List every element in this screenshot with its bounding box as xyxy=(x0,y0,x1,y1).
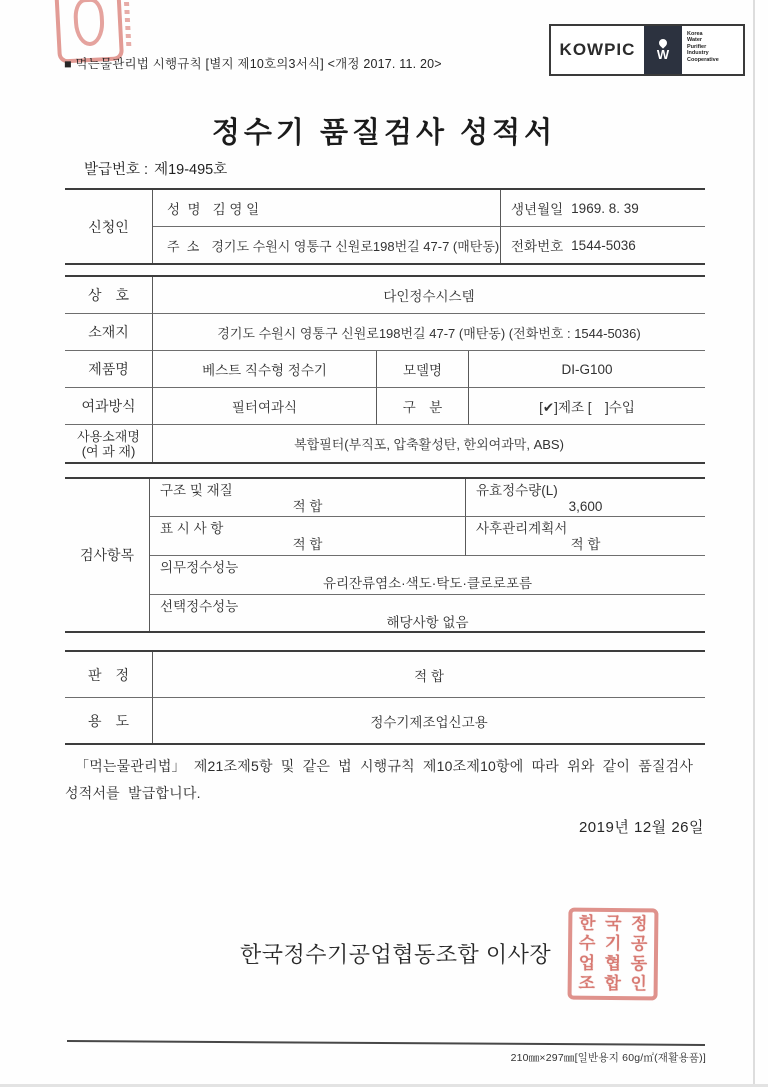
optional-performance-cell: 선택정수성능 해당사항 없음 xyxy=(150,595,705,631)
red-stamp-side-marks xyxy=(123,0,131,48)
product-table: 상 호 다인정수시스템 소재지 경기도 수원시 영통구 신원로198번길 47-… xyxy=(65,275,705,464)
seal-char: 인 xyxy=(630,975,647,993)
seal-char: 동 xyxy=(631,955,648,973)
inspection-label: 검사항목 xyxy=(80,545,134,565)
product-name-label-cell: 제품명 xyxy=(65,351,153,388)
marking-title: 표 시 사 항 xyxy=(160,520,455,537)
filtration-value-cell: 필터여과식 xyxy=(153,388,376,425)
structure-title: 구조 및 재질 xyxy=(160,482,455,499)
applicant-phone-cell: 전화번호 1544-5036 xyxy=(500,227,705,263)
product-name-label: 제품명 xyxy=(88,359,129,379)
filtration-label-cell: 여과방식 xyxy=(65,388,153,425)
optional-value: 해당사항 없음 xyxy=(160,615,695,631)
name-value: 김 영 일 xyxy=(213,198,260,218)
mandatory-value: 유리잔류염소·색도·탁도·클로로포름 xyxy=(160,576,695,592)
location-value-cell: 경기도 수원시 영통구 신원로198번길 47-7 (매탄동) (전화번호 : … xyxy=(153,314,705,351)
model-value-cell: DI-G100 xyxy=(468,351,705,388)
address-value: 경기도 수원시 영통구 신원로198번길 47-7 (매탄동) xyxy=(211,236,499,255)
org-line: Cooperative xyxy=(687,57,743,63)
document-title: 정수기 품질검사 성적서 xyxy=(64,110,704,151)
phone-value: 1544-5036 xyxy=(571,238,636,253)
birth-value: 1969. 8. 39 xyxy=(571,201,639,216)
applicant-label-cell: 신청인 xyxy=(65,190,153,263)
corporate-seal-stamp: 한 국 정 수 기 공 업 협 동 조 합 인 xyxy=(568,908,659,1001)
seal-char: 공 xyxy=(631,935,648,953)
structure-cell: 구조 및 재질 적 합 xyxy=(150,479,465,517)
kowpic-mark-icon: W xyxy=(644,26,682,74)
seal-char: 조 xyxy=(578,975,595,993)
judgment-label: 판 정 xyxy=(88,665,129,685)
form-reference: ■ 먹는물관리법 시행규칙 [별지 제10호의3서식] <개정 2017. 11… xyxy=(64,54,442,72)
seal-char: 국 xyxy=(605,915,622,933)
kowpic-logo: KOWPIC W Korea Water Purifier Industry C… xyxy=(549,24,745,76)
product-name-value-cell: 베스트 직수형 정수기 xyxy=(153,351,376,388)
red-stamp-inner-mark xyxy=(73,0,105,47)
phone-label: 전화번호 xyxy=(511,235,563,255)
marking-cell: 표 시 사 항 적 합 xyxy=(150,517,465,556)
company-label-cell: 상 호 xyxy=(65,277,153,314)
paper-spec: 210㎜×297㎜[일반용지 60g/㎡(재활용품)] xyxy=(511,1050,706,1065)
issue-number-label: 발급번호 : xyxy=(84,162,148,178)
mandatory-title: 의무정수성능 xyxy=(160,559,695,576)
seal-char: 기 xyxy=(605,935,622,953)
usage-label: 용 도 xyxy=(88,711,129,731)
usage-label-cell: 용 도 xyxy=(65,698,153,743)
aftercare-result: 적 합 xyxy=(476,537,695,553)
name-label: 성 명 xyxy=(167,198,201,218)
scan-edge-line xyxy=(753,0,755,1087)
location-label-cell: 소재지 xyxy=(65,314,153,351)
issuer-title: 한국정수기공업협동조합 이사장 xyxy=(240,938,551,969)
issue-date: 2019년 12월 26일 xyxy=(579,816,704,837)
kowpic-mark-letter: W xyxy=(657,49,669,61)
aftercare-cell: 사후관리계획서 적 합 xyxy=(465,517,705,556)
issue-number-value: 제19-495호 xyxy=(154,162,227,178)
marking-result: 적 합 xyxy=(160,537,455,553)
seal-char: 정 xyxy=(631,915,648,933)
inspection-table: 검사항목 구조 및 재질 적 합 유효정수량(L) 3,600 표 시 사 항 … xyxy=(65,477,705,633)
seal-char: 수 xyxy=(579,935,596,953)
materials-label-line2: (여 과 재) xyxy=(82,444,136,459)
result-table: 판 정 적 합 용 도 정수기제조업신고용 xyxy=(65,650,705,745)
seal-char: 협 xyxy=(605,955,622,973)
applicant-name-cell: 성 명 김 영 일 xyxy=(153,190,500,227)
seal-char: 업 xyxy=(579,955,596,973)
judgment-value-cell: 적 합 xyxy=(153,652,705,698)
capacity-value: 3,600 xyxy=(476,499,695,515)
category-label-cell: 구 분 xyxy=(376,388,468,425)
materials-value-cell: 복합필터(부직포, 압축활성탄, 한외여과막, ABS) xyxy=(153,425,705,462)
applicant-label: 신청인 xyxy=(88,217,129,237)
location-label: 소재지 xyxy=(88,322,129,342)
optional-title: 선택정수성능 xyxy=(160,598,695,615)
category-value-cell: [✔]제조 [ ]수입 xyxy=(468,388,705,425)
applicant-table: 신청인 성 명 김 영 일 생년월일 1969. 8. 39 주 소 경기도 수… xyxy=(65,188,705,265)
kowpic-org-name: Korea Water Purifier Industry Cooperativ… xyxy=(682,26,743,74)
mandatory-performance-cell: 의무정수성능 유리잔류염소·색도·탁도·클로로포름 xyxy=(150,556,705,595)
company-label: 상 호 xyxy=(88,285,129,305)
materials-label-cell: 사용소재명 (여 과 재) xyxy=(65,425,153,462)
capacity-cell: 유효정수량(L) 3,600 xyxy=(465,479,705,517)
company-value-cell: 다인정수시스템 xyxy=(153,277,705,314)
capacity-title: 유효정수량(L) xyxy=(476,482,695,499)
materials-label-line1: 사용소재명 xyxy=(77,429,140,444)
legal-statement: 「먹는물관리법」 제21조제5항 및 같은 법 시행규칙 제10조제10항에 따… xyxy=(65,753,709,807)
address-label: 주 소 xyxy=(167,236,199,255)
model-label-cell: 모델명 xyxy=(376,351,468,388)
kowpic-wordmark: KOWPIC xyxy=(551,26,644,74)
issue-number-line: 발급번호 :제19-495호 xyxy=(84,158,233,179)
filtration-label: 여과방식 xyxy=(81,396,135,416)
judgment-label-cell: 판 정 xyxy=(65,652,153,698)
birth-label: 생년월일 xyxy=(511,198,563,218)
structure-result: 적 합 xyxy=(160,499,455,515)
seal-char: 한 xyxy=(579,915,596,933)
seal-char: 합 xyxy=(604,975,621,993)
aftercare-title: 사후관리계획서 xyxy=(476,520,695,537)
applicant-address-cell: 주 소 경기도 수원시 영통구 신원로198번길 47-7 (매탄동) xyxy=(153,227,500,263)
applicant-birth-cell: 생년월일 1969. 8. 39 xyxy=(500,190,705,227)
usage-value-cell: 정수기제조업신고용 xyxy=(153,698,705,743)
inspection-label-cell: 검사항목 xyxy=(65,479,150,631)
footer-rule xyxy=(67,1040,705,1046)
